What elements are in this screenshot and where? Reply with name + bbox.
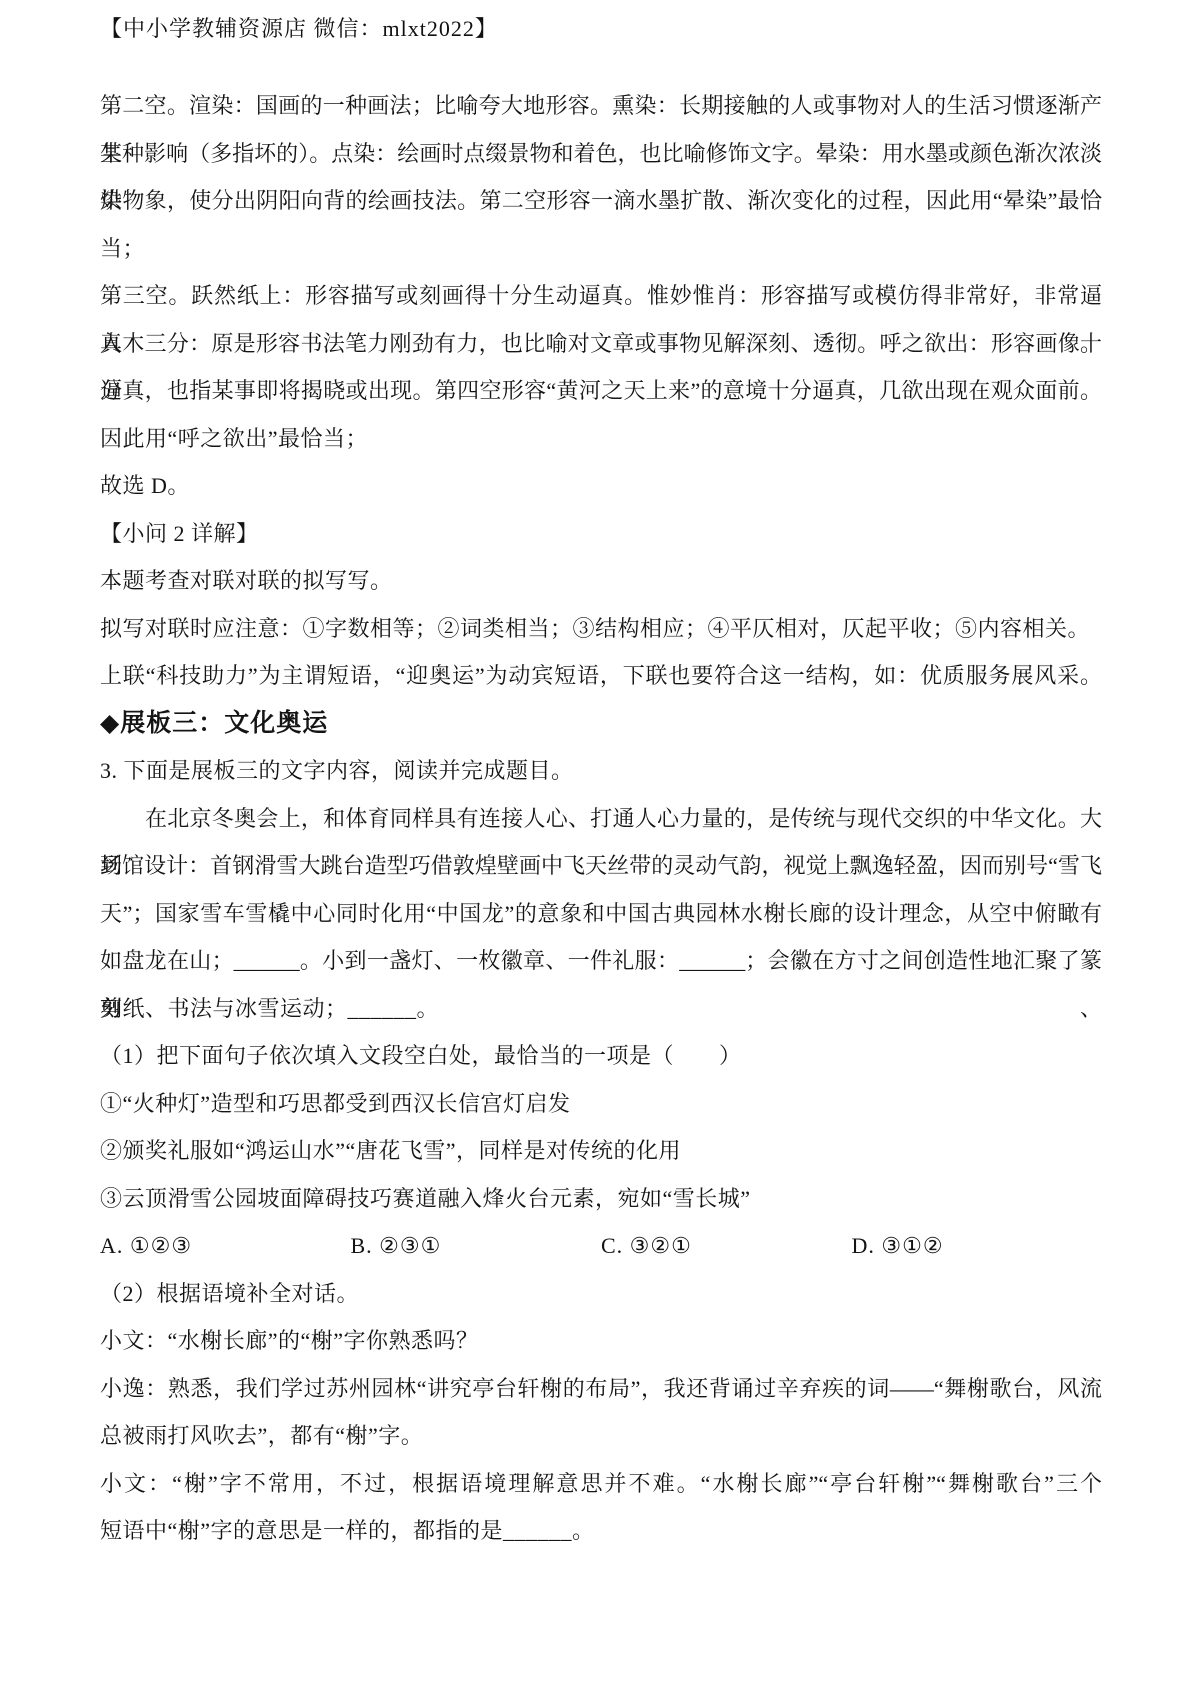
analysis-line: 上联“科技助力”为主谓短语，“迎奥运”为动宾短语，下联也要符合这一结构，如：优质… bbox=[100, 652, 1102, 700]
choice-options-row: A. ①②③ B. ②③① C. ③②① D. ③①② bbox=[100, 1222, 1102, 1270]
document-content: 第二空。渲染：国画的一种画法；比喻夸大地形容。熏染：长期接触的人或事物对人的生活… bbox=[100, 82, 1102, 1555]
dialogue-line-xiaowen2-cont: 短语中“榭”字的意思是一样的，都指的是______。 bbox=[100, 1507, 1102, 1555]
analysis-line: 染物象，使分出阴阳向背的绘画技法。第二空形容一滴水墨扩散、渐次变化的过程，因此用… bbox=[100, 177, 1102, 225]
sentence-item-2: ②颁奖礼服如“鸿运山水”“唐花飞雪”，同样是对传统的化用 bbox=[100, 1127, 1102, 1175]
sentence-item-3: ③云顶滑雪公园坡面障碍技巧赛道融入烽火台元素，宛如“雪长城” bbox=[100, 1175, 1102, 1223]
option-b: B. ②③① bbox=[351, 1222, 602, 1270]
analysis-line: 入木三分：原是形容书法笔力刚劲有力，也比喻对文章或事物见解深刻、透彻。呼之欲出：… bbox=[100, 320, 1102, 368]
subquestion-2-stem: （2）根据语境补全对话。 bbox=[100, 1270, 1102, 1318]
passage-line: 天”；国家雪车雪橇中心同时化用“中国龙”的意象和中国古典园林水榭长廊的设计理念，… bbox=[100, 890, 1102, 938]
analysis-line: 第二空。渲染：国画的一种画法；比喻夸大地形容。熏染：长期接触的人或事物对人的生活… bbox=[100, 82, 1102, 130]
analysis-line: 本题考查对联对联的拟写写。 bbox=[100, 557, 1102, 605]
dialogue-line-xiaowen: 小文：“水榭长廊”的“榭”字你熟悉吗？ bbox=[100, 1317, 1102, 1365]
passage-line: 在北京冬奥会上，和体育同样具有连接人心、打通人心力量的，是传统与现代交织的中华文… bbox=[100, 795, 1102, 843]
analysis-line: 当； bbox=[100, 225, 1102, 273]
answer-conclusion: 故选 D。 bbox=[100, 462, 1102, 510]
question-3-stem: 3. 下面是展板三的文字内容，阅读并完成题目。 bbox=[100, 747, 1102, 795]
passage-line-with-blanks: 如盘龙在山；______。小到一盏灯、一枚徽章、一件礼服：______；会徽在方… bbox=[100, 937, 1102, 985]
subquestion-2-heading: 【小问 2 详解】 bbox=[100, 510, 1102, 558]
option-c: C. ③②① bbox=[601, 1222, 852, 1270]
dialogue-line-xiaoyi: 小逸：熟悉，我们学过苏州园林“讲究亭台轩榭的布局”，我还背诵过辛弃疾的词——“舞… bbox=[100, 1365, 1102, 1413]
option-d: D. ③①② bbox=[852, 1222, 1103, 1270]
option-a: A. ①②③ bbox=[100, 1222, 351, 1270]
sentence-item-1: ①“火种灯”造型和巧思都受到西汉长信宫灯启发 bbox=[100, 1080, 1102, 1128]
analysis-line: 逼真，也指某事即将揭晓或出现。第四空形容“黄河之天上来”的意境十分逼真，几欲出现… bbox=[100, 367, 1102, 415]
analysis-line: 拟写对联时应注意：①字数相等；②词类相当；③结构相应；④平仄相对，仄起平收；⑤内… bbox=[100, 605, 1102, 653]
section-heading-board3: ◆展板三：文化奥运 bbox=[100, 700, 1102, 748]
subquestion-1-stem: （1）把下面句子依次填入文段空白处，最恰当的一项是（ ） bbox=[100, 1032, 1102, 1080]
analysis-line: 因此用“呼之欲出”最恰当； bbox=[100, 415, 1102, 463]
analysis-line: 第三空。跃然纸上：形容描写或刻画得十分生动逼真。惟妙惟肖：形容描写或模仿得非常好… bbox=[100, 272, 1102, 320]
dialogue-line-xiaoyi-cont: 总被雨打风吹去”，都有“榭”字。 bbox=[100, 1412, 1102, 1460]
document-page: 【中小学教辅资源店 微信：mlxt2022】 第二空。渲染：国画的一种画法；比喻… bbox=[0, 0, 1200, 1698]
passage-line: 场馆设计：首钢滑雪大跳台造型巧借敦煌壁画中飞天丝带的灵动气韵，视觉上飘逸轻盈，因… bbox=[100, 842, 1102, 890]
dialogue-line-xiaowen2: 小文：“榭”字不常用，不过，根据语境理解意思并不难。“水榭长廊”“亭台轩榭”“舞… bbox=[100, 1460, 1102, 1508]
analysis-line: 某种影响（多指坏的）。点染：绘画时点缀景物和着色，也比喻修饰文字。晕染：用水墨或… bbox=[100, 130, 1102, 178]
watermark: 【中小学教辅资源店 微信：mlxt2022】 bbox=[100, 12, 498, 43]
